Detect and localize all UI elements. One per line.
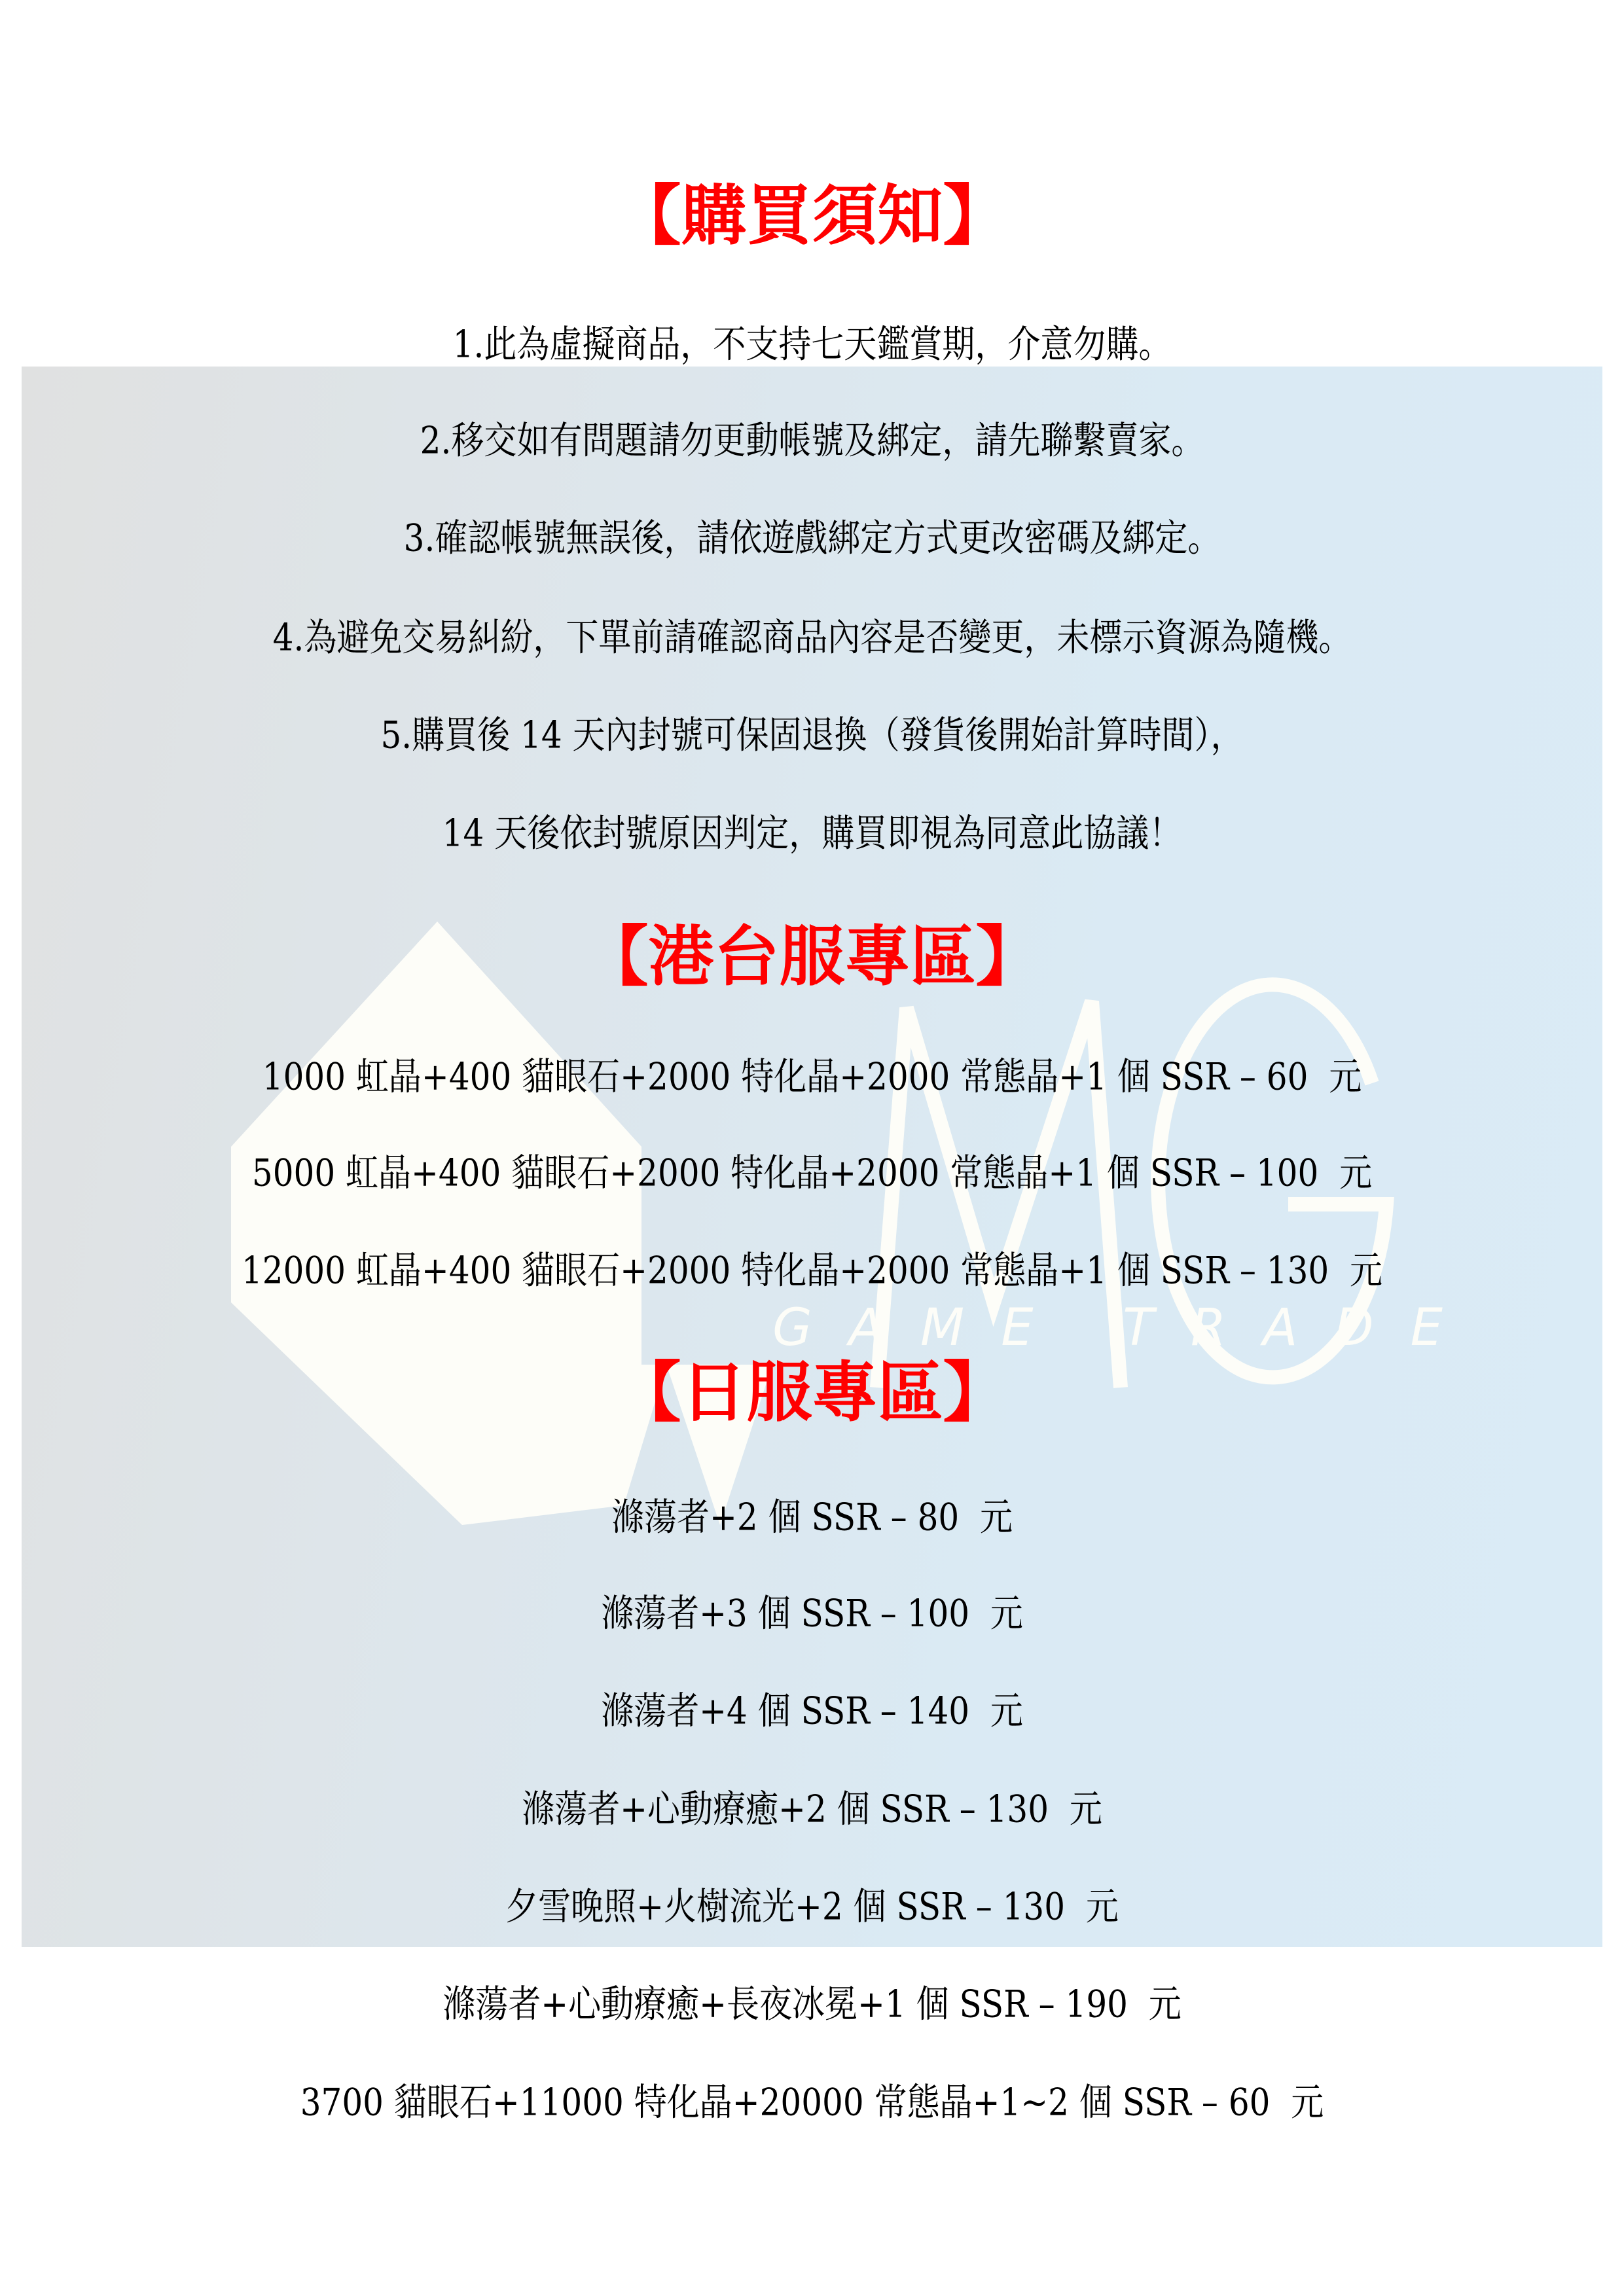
hk-tw-item-1: 1000 虹晶+400 貓眼石+2000 特化晶+2000 常態晶+1 個 SS… bbox=[0, 1054, 1624, 1100]
jp-item-2: 滌蕩者+3 個 SSR – 100 元 bbox=[0, 1591, 1624, 1636]
notice-title: 【購買須知】 bbox=[0, 177, 1624, 255]
jp-item-6: 滌蕩者+心動療癒+長夜冰冕+1 個 SSR – 190 元 bbox=[0, 1982, 1624, 2027]
rule-4: 4.為避免交易糾紛，下單前請確認商品內容是否變更，未標示資源為隨機。 bbox=[0, 615, 1624, 660]
jp-item-4: 滌蕩者+心動療癒+2 個 SSR – 130 元 bbox=[0, 1787, 1624, 1832]
hk-tw-item-2: 5000 虹晶+400 貓眼石+2000 特化晶+2000 常態晶+1 個 SS… bbox=[0, 1151, 1624, 1196]
jp-section-title: 【日服專區】 bbox=[0, 1354, 1624, 1432]
rule-5: 5.購買後 14 天內封號可保固退換（發貨後開始計算時間）， bbox=[0, 713, 1624, 758]
rule-1: 1.此為虛擬商品，不支持七天鑑賞期，介意勿購。 bbox=[0, 322, 1624, 367]
hk-tw-section-title: 【港台服專區】 bbox=[0, 918, 1624, 996]
hk-tw-item-3: 12000 虹晶+400 貓眼石+2000 特化晶+2000 常態晶+1 個 S… bbox=[0, 1248, 1624, 1293]
rule-2: 2.移交如有問題請勿更動帳號及綁定，請先聯繫賣家。 bbox=[0, 418, 1624, 463]
rule-3: 3.確認帳號無誤後，請依遊戲綁定方式更改密碼及綁定。 bbox=[0, 516, 1624, 561]
jp-item-3: 滌蕩者+4 個 SSR – 140 元 bbox=[0, 1689, 1624, 1734]
jp-item-1: 滌蕩者+2 個 SSR – 80 元 bbox=[0, 1495, 1624, 1540]
rule-6: 14 天後依封號原因判定，購買即視為同意此協議！ bbox=[0, 811, 1624, 856]
jp-item-7: 3700 貓眼石+11000 特化晶+20000 常態晶+1~2 個 SSR –… bbox=[0, 2080, 1624, 2125]
jp-item-5: 夕雪晚照+火樹流光+2 個 SSR – 130 元 bbox=[0, 1884, 1624, 1929]
